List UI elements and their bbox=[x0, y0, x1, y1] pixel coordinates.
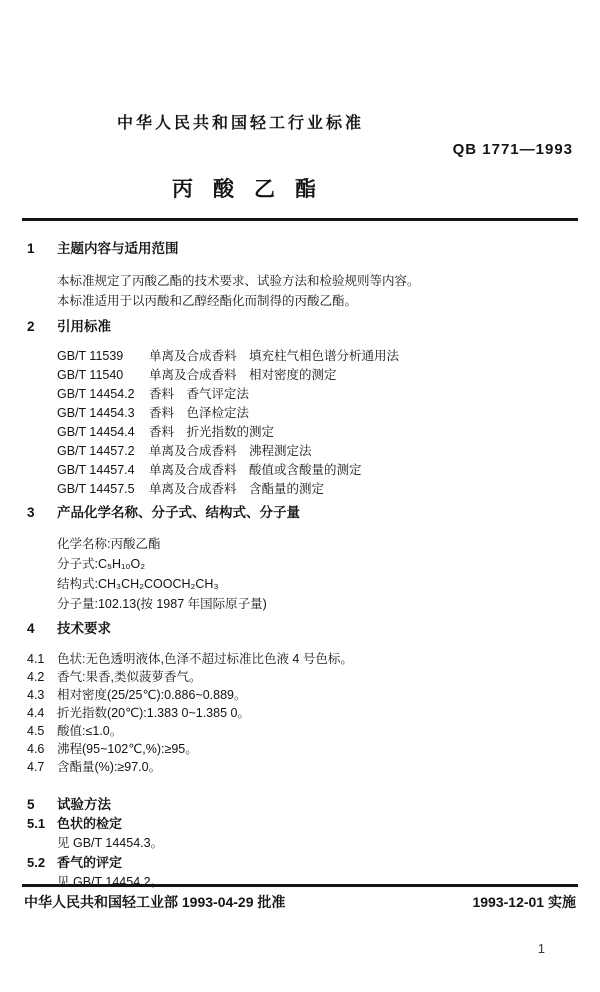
reference-code: GB/T 14457.4 bbox=[57, 461, 149, 480]
clause-text: 酸值:≤1.0。 bbox=[57, 722, 122, 740]
chemical-info: 化学名称:丙酸乙酯 分子式:C₅H₁₀O₂ 结构式:CH₃CH₂COOCH₂CH… bbox=[57, 534, 580, 614]
subsection-5-1-body: 见 GB/T 14454.3。 bbox=[57, 834, 580, 853]
reference-row: GB/T 11540 单离及合成香料 相对密度的测定 bbox=[57, 366, 580, 385]
clause-row: 4.4 折光指数(20℃):1.383 0~1.385 0。 bbox=[27, 704, 580, 722]
reference-code: GB/T 11540 bbox=[57, 366, 149, 385]
section-number: 5 bbox=[27, 797, 57, 813]
clause-row: 4.3 相对密度(25/25℃):0.886~0.889。 bbox=[27, 686, 580, 704]
section-1-paragraphs: 本标准规定了丙酸乙酯的技术要求、试验方法和检验规则等内容。 本标准适用于以丙酸和… bbox=[57, 271, 580, 311]
clause-number: 4.6 bbox=[27, 740, 57, 758]
paragraph: 本标准规定了丙酸乙酯的技术要求、试验方法和检验规则等内容。 bbox=[57, 271, 580, 291]
reference-list: GB/T 11539 单离及合成香料 填充柱气相色谱分析通用法 GB/T 115… bbox=[57, 347, 580, 499]
clause-row: 4.6 沸程(95~102℃,%):≥95。 bbox=[27, 740, 580, 758]
reference-code: GB/T 14454.4 bbox=[57, 423, 149, 442]
reference-row: GB/T 11539 单离及合成香料 填充柱气相色谱分析通用法 bbox=[57, 347, 580, 366]
clause-text: 沸程(95~102℃,%):≥95。 bbox=[57, 740, 198, 758]
reference-name: 单离及合成香料 填充柱气相色谱分析通用法 bbox=[149, 347, 399, 366]
clause-row: 4.7 含酯量(%):≥97.0。 bbox=[27, 758, 580, 776]
reference-row: GB/T 14454.4 香料 折光指数的测定 bbox=[57, 423, 580, 442]
reference-code: GB/T 14457.2 bbox=[57, 442, 149, 461]
footer-rule bbox=[22, 884, 578, 887]
clause-number: 4.7 bbox=[27, 758, 57, 776]
molecular-formula-line: 分子式:C₅H₁₀O₂ bbox=[57, 554, 580, 574]
section-5-heading: 5 试验方法 bbox=[27, 797, 580, 813]
reference-code: GB/T 11539 bbox=[57, 347, 149, 366]
reference-name: 单离及合成香料 沸程测定法 bbox=[149, 442, 312, 461]
document-body: 1 主题内容与适用范围 本标准规定了丙酸乙酯的技术要求、试验方法和检验规则等内容… bbox=[27, 238, 580, 891]
section-2-heading: 2 引用标准 bbox=[27, 319, 580, 335]
molecular-weight-line: 分子量:102.13(按 1987 年国际原子量) bbox=[57, 594, 580, 614]
standard-type-heading: 中华人民共和国轻工行业标准 bbox=[117, 110, 364, 133]
section-title: 引用标准 bbox=[57, 319, 111, 335]
reference-row: GB/T 14457.2 单离及合成香料 沸程测定法 bbox=[57, 442, 580, 461]
subsection-title: 色状的检定 bbox=[57, 815, 122, 834]
clause-row: 4.1 色状:无色透明液体,色泽不超过标准比色液 4 号色标。 bbox=[27, 650, 580, 668]
header-rule bbox=[22, 218, 578, 221]
clause-number: 4.2 bbox=[27, 668, 57, 686]
subsection-5-2-body: 见 GB/T 14454.2。 bbox=[57, 873, 580, 892]
section-number: 4 bbox=[27, 621, 57, 637]
page-number: 1 bbox=[538, 941, 545, 956]
reference-name: 香料 香气评定法 bbox=[149, 385, 249, 404]
reference-name: 香料 色泽检定法 bbox=[149, 404, 249, 423]
chemical-name-line: 化学名称:丙酸乙酯 bbox=[57, 534, 580, 554]
subsection-title: 香气的评定 bbox=[57, 854, 122, 873]
clause-row: 4.2 香气:果香,类似菠萝香气。 bbox=[27, 668, 580, 686]
clause-number: 5.2 bbox=[27, 854, 57, 873]
reference-row: GB/T 14454.2 香料 香气评定法 bbox=[57, 385, 580, 404]
reference-row: GB/T 14457.4 单离及合成香料 酸值或含酸量的测定 bbox=[57, 461, 580, 480]
reference-name: 单离及合成香料 酸值或含酸量的测定 bbox=[149, 461, 362, 480]
reference-name: 香料 折光指数的测定 bbox=[149, 423, 274, 442]
footer-approval: 中华人民共和国轻工业部 1993-04-29 批准 bbox=[24, 892, 285, 912]
document-title: 丙酸乙酯 bbox=[172, 173, 336, 203]
clause-text: 折光指数(20℃):1.383 0~1.385 0。 bbox=[57, 704, 250, 722]
reference-code: GB/T 14457.5 bbox=[57, 480, 149, 499]
clause-text: 色状:无色透明液体,色泽不超过标准比色液 4 号色标。 bbox=[57, 650, 353, 668]
reference-code: GB/T 14454.3 bbox=[57, 404, 149, 423]
clause-row: 4.5 酸值:≤1.0。 bbox=[27, 722, 580, 740]
clause-text: 相对密度(25/25℃):0.886~0.889。 bbox=[57, 686, 246, 704]
clause-text: 含酯量(%):≥97.0。 bbox=[57, 758, 161, 776]
section-3-heading: 3 产品化学名称、分子式、结构式、分子量 bbox=[27, 505, 580, 521]
reference-row: GB/T 14454.3 香料 色泽检定法 bbox=[57, 404, 580, 423]
clause-number: 4.1 bbox=[27, 650, 57, 668]
clause-number: 4.3 bbox=[27, 686, 57, 704]
section-title: 试验方法 bbox=[57, 797, 111, 813]
section-title: 产品化学名称、分子式、结构式、分子量 bbox=[57, 505, 300, 521]
technical-requirements: 4.1 色状:无色透明液体,色泽不超过标准比色液 4 号色标。 4.2 香气:果… bbox=[27, 650, 580, 776]
reference-code: GB/T 14454.2 bbox=[57, 385, 149, 404]
section-title: 技术要求 bbox=[57, 621, 111, 637]
clause-number: 4.4 bbox=[27, 704, 57, 722]
clause-number: 4.5 bbox=[27, 722, 57, 740]
reference-row: GB/T 14457.5 单离及合成香料 含酯量的测定 bbox=[57, 480, 580, 499]
paragraph: 本标准适用于以丙酸和乙醇经酯化而制得的丙酸乙酯。 bbox=[57, 291, 580, 311]
section-number: 2 bbox=[27, 319, 57, 335]
subsection-5-1-heading: 5.1 色状的检定 bbox=[27, 815, 580, 834]
section-number: 3 bbox=[27, 505, 57, 521]
section-4-heading: 4 技术要求 bbox=[27, 621, 580, 637]
reference-name: 单离及合成香料 相对密度的测定 bbox=[149, 366, 337, 385]
standard-code: QB 1771—1993 bbox=[453, 141, 573, 158]
subsection-5-2-heading: 5.2 香气的评定 bbox=[27, 854, 580, 873]
clause-text: 香气:果香,类似菠萝香气。 bbox=[57, 668, 201, 686]
clause-number: 5.1 bbox=[27, 815, 57, 834]
reference-name: 单离及合成香料 含酯量的测定 bbox=[149, 480, 324, 499]
section-number: 1 bbox=[27, 241, 57, 257]
footer-implementation: 1993-12-01 实施 bbox=[472, 892, 576, 912]
section-title: 主题内容与适用范围 bbox=[57, 241, 179, 257]
section-1-heading: 1 主题内容与适用范围 bbox=[27, 241, 580, 257]
structural-formula-line: 结构式:CH₃CH₂COOCH₂CH₃ bbox=[57, 574, 580, 594]
document-page: 中华人民共和国轻工行业标准 QB 1771—1993 丙酸乙酯 1 主题内容与适… bbox=[0, 0, 600, 992]
